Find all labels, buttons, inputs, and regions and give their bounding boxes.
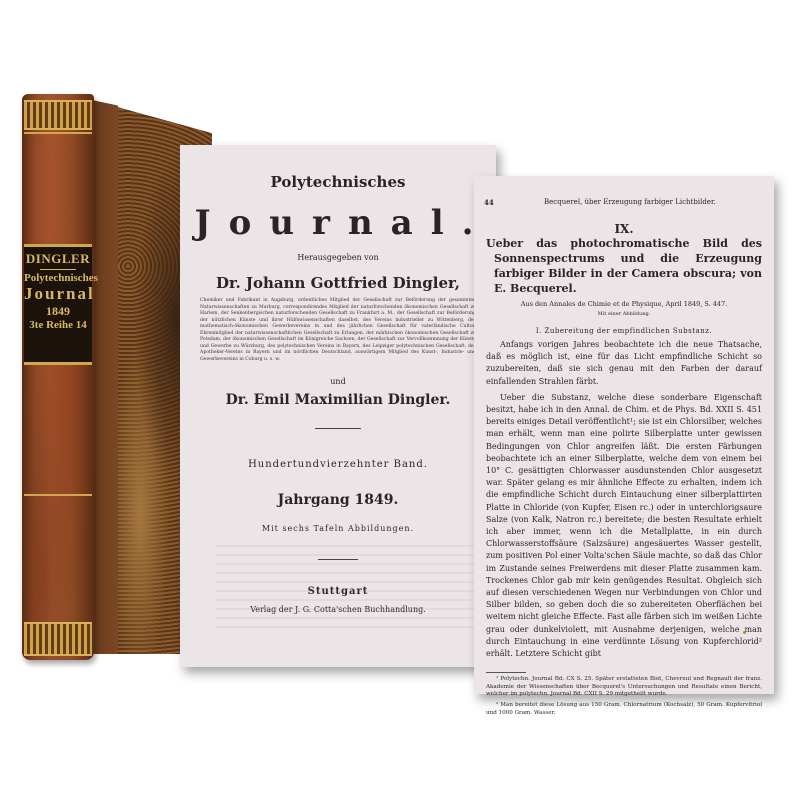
show-through-text [216,545,476,635]
volume-number: Hundertundvierzehnter Band. [180,459,496,470]
paragraph: Ueber die Substanz, welche diese sonderb… [486,392,762,660]
article-body: IX. Ueber das photochromatische Bild des… [486,216,762,717]
main-title: Journal. [180,203,496,243]
gold-rule-top [24,132,92,134]
spine-title-1: Polytechnisches [24,272,92,284]
page-number: 44 [484,198,544,207]
plates-note: Mit sechs Tafeln Abbildungen. [180,524,496,533]
spine-year: 1849 [24,304,92,319]
leather-texture [22,94,94,660]
editor-2: Dr. Emil Maximilian Dingler. [180,392,496,408]
footnote: ² Man bereitet diese Lösung aus 150 Gram… [486,702,762,717]
paper-spot [743,631,746,634]
footnote: ¹ Polytechn. Journal Bd. CX S. 25. Späte… [486,676,762,699]
spine-label: DINGLER Polytechnisches Journal 1849 3te… [24,244,92,365]
year: Jahrgang 1849. [180,492,496,508]
gold-rule-bottom [24,494,92,496]
section-heading: I. Zubereitung der empfindlichen Substan… [486,327,762,335]
and-text: und [180,377,496,386]
article-source: Aus den Annales de Chimie et de Physique… [486,300,762,308]
paragraph: Anfangs vorigen Jahres beobachtete ich d… [486,339,762,388]
spine-label-rule [40,269,76,270]
article-number: IX. [486,222,762,236]
running-head: Becquerel, über Erzeugung farbiger Licht… [544,198,716,207]
divider [315,428,361,429]
title-page: Polytechnisches Journal. Herausgegeben v… [180,145,496,667]
gold-tooling-bottom [24,622,92,656]
cover-leather-edge [92,100,118,654]
book-spine: DINGLER Polytechnisches Journal 1849 3te… [22,94,94,660]
editor-1: Dr. Johann Gottfried Dingler, [180,274,496,292]
page-header: 44 Becquerel, über Erzeugung farbiger Li… [484,198,764,207]
article-title: Ueber das photochromatische Bild des Son… [486,236,762,296]
footnote-rule [486,672,526,673]
spine-series: 3te Reihe 14 [24,319,92,331]
spine-author: DINGLER [24,251,92,267]
supertitle: Polytechnisches [180,173,496,191]
gold-tooling-top [24,100,92,130]
text-page: 44 Becquerel, über Erzeugung farbiger Li… [474,176,774,694]
figure-note: Mit einer Abbildung. [486,311,762,317]
edited-by: Herausgegeben von [180,253,496,262]
spine-title-2: Journal [24,284,92,304]
editor-1-credentials: Chemiker und Fabrikant in Augsburg, orde… [200,298,476,363]
